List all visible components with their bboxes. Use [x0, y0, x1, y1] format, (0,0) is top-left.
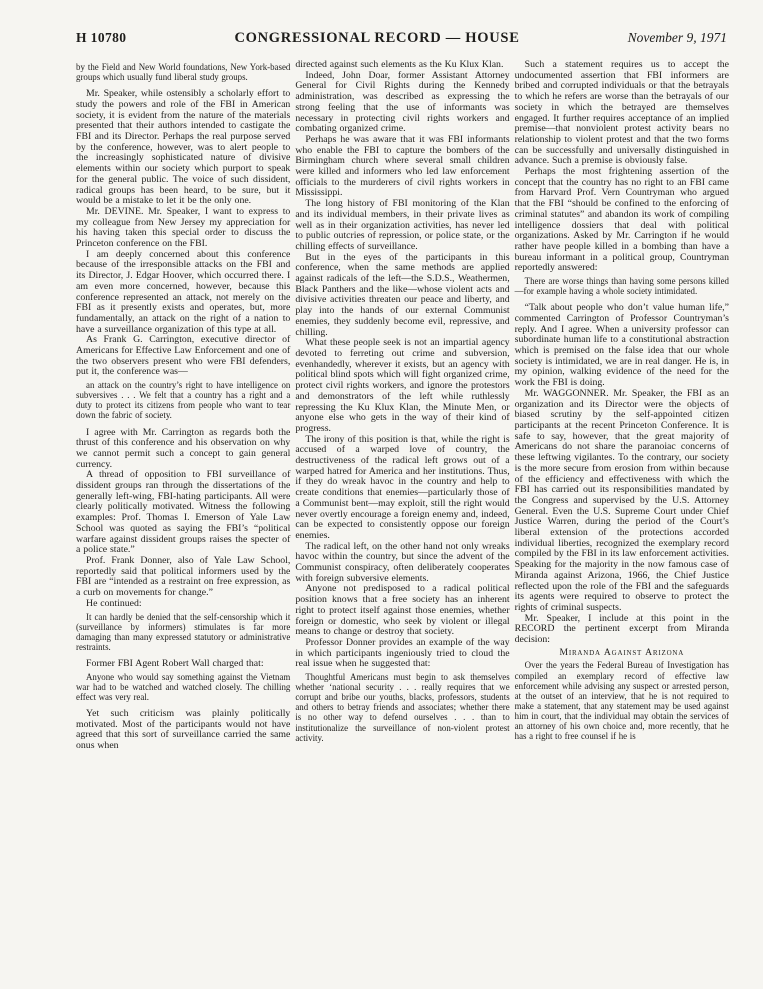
- issue-date: November 9, 1971: [628, 30, 727, 46]
- paragraph: Former FBI Agent Robert Wall charged tha…: [76, 659, 290, 670]
- paragraph: Over the years the Federal Bureau of Inv…: [515, 660, 729, 741]
- paragraph: Prof. Frank Donner, also of Yale Law Sch…: [76, 556, 290, 599]
- paragraph: Mr. WAGGONNER. Mr. Speaker, the FBI as a…: [515, 389, 729, 614]
- paragraph: Anyone not predisposed to a radical poli…: [295, 584, 509, 638]
- paragraph: Anyone who would say something against t…: [76, 672, 290, 702]
- paragraph: Such a statement requires us to accept t…: [515, 60, 729, 167]
- paragraph: Indeed, John Doar, former Assistant Atto…: [295, 71, 509, 135]
- paragraph: Thoughtful Americans must begin to ask t…: [295, 672, 509, 743]
- text-columns: by the Field and New World foundations, …: [0, 47, 763, 752]
- paragraph: Yet such criticism was plainly political…: [76, 709, 290, 752]
- paragraph: The long history of FBI monitoring of th…: [295, 199, 509, 253]
- paragraph: I am deeply concerned about this confere…: [76, 250, 290, 336]
- paragraph: an attack on the country’s right to have…: [76, 380, 290, 420]
- column-2: directed against such elements as the Ku…: [295, 60, 509, 752]
- paragraph: There are worse things than having some …: [515, 276, 729, 296]
- paragraph: Professor Donner provides an example of …: [295, 638, 509, 670]
- paragraph: Mr. Speaker, while ostensibly a scholarl…: [76, 89, 290, 207]
- excerpt-heading: Miranda Against Arizona: [515, 648, 729, 659]
- paragraph: Perhaps the most frightening assertion o…: [515, 167, 729, 274]
- paragraph: I agree with Mr. Carrington as regards b…: [76, 428, 290, 471]
- column-3: Such a statement requires us to accept t…: [515, 60, 729, 752]
- paragraph: Mr. DEVINE. Mr. Speaker, I want to expre…: [76, 207, 290, 250]
- paragraph: A thread of opposition to FBI surveillan…: [76, 470, 290, 556]
- paragraph: The irony of this position is that, whil…: [295, 435, 509, 542]
- paragraph: Mr. Speaker, I include at this point in …: [515, 614, 729, 646]
- paragraph: What these people seek is not an imparti…: [295, 338, 509, 434]
- paragraph: by the Field and New World foundations, …: [76, 62, 290, 82]
- column-1: by the Field and New World foundations, …: [76, 60, 290, 752]
- document-page: H 10780 CONGRESSIONAL RECORD — HOUSE Nov…: [0, 0, 763, 752]
- paragraph: “Talk about people who don’t value human…: [515, 303, 729, 389]
- paragraph: He continued:: [76, 599, 290, 610]
- paragraph: Perhaps he was aware that it was FBI inf…: [295, 135, 509, 199]
- page-header: H 10780 CONGRESSIONAL RECORD — HOUSE Nov…: [0, 0, 763, 47]
- masthead-title: CONGRESSIONAL RECORD — HOUSE: [126, 30, 627, 47]
- page-number: H 10780: [76, 30, 126, 46]
- paragraph: But in the eyes of the participants in t…: [295, 253, 509, 339]
- paragraph: It can hardly be denied that the self-ce…: [76, 612, 290, 652]
- paragraph: As Frank G. Carrington, executive direct…: [76, 335, 290, 378]
- paragraph: The radical left, on the other hand not …: [295, 542, 509, 585]
